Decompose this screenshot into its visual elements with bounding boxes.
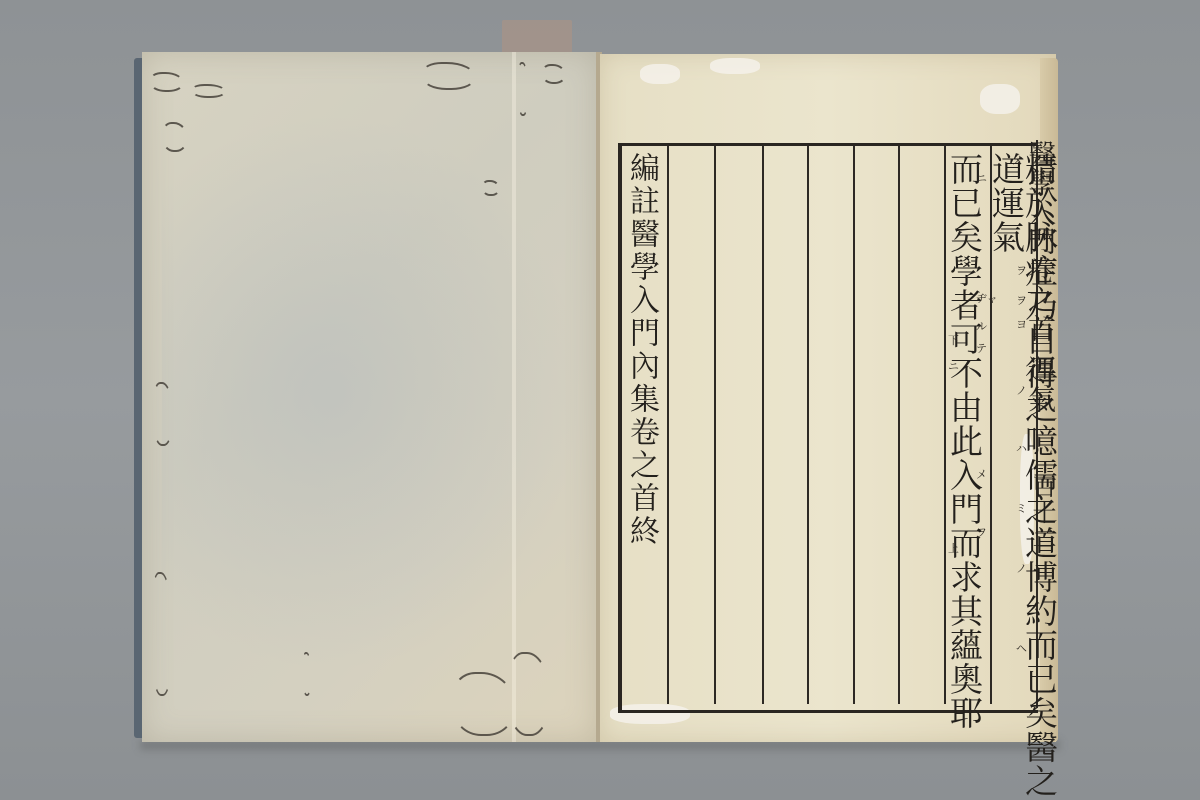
banxin-book-title: 醫學入門卷之首 bbox=[1026, 140, 1054, 343]
kunten-mark: ヨ bbox=[1016, 316, 1027, 332]
kunten-mark: ヘ bbox=[1016, 640, 1027, 656]
kunten-mark: ヲ bbox=[976, 524, 987, 540]
kunten-mark: ニ bbox=[948, 358, 959, 374]
paper-damage bbox=[980, 84, 1020, 114]
kunten-mark: ノ bbox=[1016, 560, 1027, 576]
kunten-mark: 上 bbox=[948, 540, 959, 556]
wormhole bbox=[482, 180, 500, 196]
collection-seal-mark bbox=[502, 20, 572, 56]
column-rule bbox=[714, 146, 716, 704]
wormhole bbox=[302, 652, 312, 696]
kunten-mark: ノ bbox=[1016, 382, 1027, 398]
wormhole bbox=[542, 64, 566, 84]
kunten-mark: メ bbox=[1012, 152, 1023, 168]
banxin-section: 運氣 bbox=[1026, 355, 1054, 415]
kunten-mark: メ bbox=[976, 466, 987, 482]
kunten-mark: ミ bbox=[1016, 500, 1027, 516]
column-rule bbox=[667, 146, 669, 704]
column-rule bbox=[807, 146, 809, 704]
page-number: 百十二 bbox=[1030, 474, 1054, 552]
left-page-blank bbox=[142, 52, 597, 742]
wormhole bbox=[192, 84, 226, 98]
kunten-mark: ハ bbox=[1016, 440, 1027, 456]
wormhole bbox=[517, 62, 529, 116]
paper-damage bbox=[710, 58, 760, 74]
text-column-2: 而已矣學者可不由此入門而求其蘊奧耶 bbox=[948, 152, 981, 730]
kunten-mark: ヂャ bbox=[976, 290, 998, 306]
wormhole bbox=[150, 72, 184, 92]
kunten-mark: ヲ bbox=[1016, 262, 1027, 278]
column-rule bbox=[898, 146, 900, 704]
kunten-mark: ル bbox=[976, 318, 987, 334]
kunten-mark: テ bbox=[976, 340, 987, 356]
wormhole bbox=[422, 62, 476, 90]
kunten-mark: ニ bbox=[976, 170, 987, 186]
closing-title: 編註醫學入門內集卷之首終 bbox=[626, 152, 656, 548]
column-rule bbox=[853, 146, 855, 704]
paper-damage bbox=[640, 64, 680, 84]
paper-crease bbox=[512, 52, 516, 742]
kunten-mark: 下 bbox=[948, 332, 959, 348]
paper-stain bbox=[162, 112, 582, 672]
kunten-mark: ヲ bbox=[1016, 292, 1027, 308]
column-rule bbox=[762, 146, 764, 704]
wormhole bbox=[162, 122, 188, 152]
